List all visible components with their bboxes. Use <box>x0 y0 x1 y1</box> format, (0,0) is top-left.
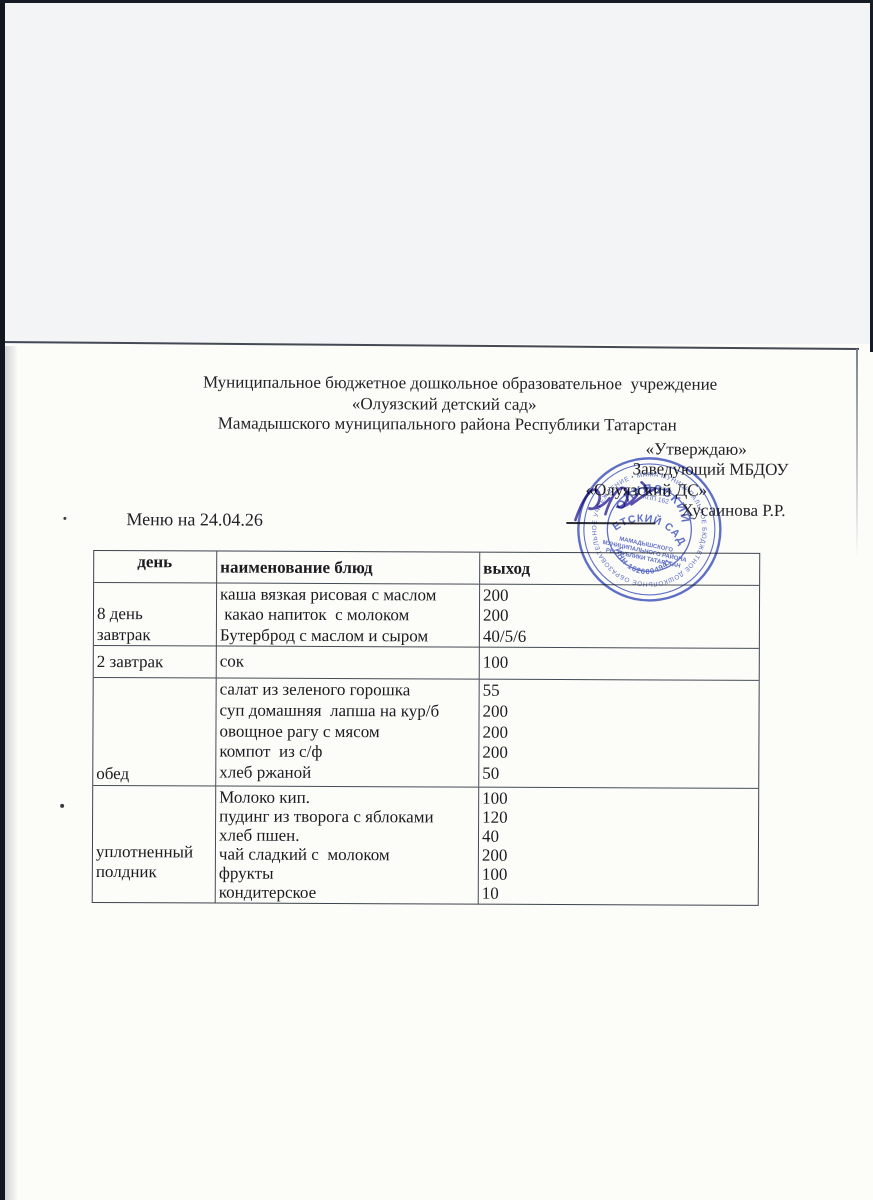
dish-name: пудинг из творога с яблоками <box>219 807 474 827</box>
dish-name: какао напиток с молоком <box>220 605 475 627</box>
day-label: обед <box>96 764 211 785</box>
dish-output: 200 <box>483 701 752 723</box>
dish-output: 200 <box>482 722 751 744</box>
dish-name: суп домашняя лапша на кур/б <box>220 700 475 722</box>
org-name-line2: «Олуязский детский сад» <box>352 394 537 415</box>
dish-name: овощное рагу с мясом <box>219 721 474 743</box>
scan-speck <box>60 804 64 808</box>
menu-title: Меню на 24.04.26 <box>126 509 263 531</box>
dish-name: салат из зеленого горошка <box>220 680 475 702</box>
day-label: полдник <box>96 862 211 883</box>
day-label: 8 день <box>97 604 212 625</box>
dish-name: хлеб ржаной <box>219 763 474 785</box>
scan-speck <box>63 517 66 520</box>
dish-output: 55 <box>483 681 752 703</box>
table-row-snack: уплотненный полдник Молоко кип. пудинг и… <box>93 785 759 905</box>
dish-name: Бутерброд с маслом и сыром <box>220 625 475 647</box>
dish-output: 10 <box>482 884 751 904</box>
dish-output: 100 <box>482 865 751 885</box>
dish-output: 100 <box>482 789 751 809</box>
dish-output: 120 <box>482 808 751 828</box>
dish-name: чай сладкий с молоком <box>219 845 474 865</box>
day-label: 2 завтрак <box>97 648 212 676</box>
dish-output: 100 <box>483 649 752 677</box>
table-row-second-breakfast: 2 завтрак сок 100 <box>94 645 759 680</box>
dish-name: сок <box>220 648 475 676</box>
day-label: завтрак <box>97 625 212 646</box>
header-day: день <box>94 551 217 583</box>
table-row-lunch: обед салат из зеленого горошка суп домаш… <box>93 677 758 788</box>
dish-name: фрукты <box>219 864 474 884</box>
scanned-menu-document: Муниципальное бюджетное дошкольное образ… <box>0 0 873 1200</box>
header-dishes: наименование блюд <box>217 552 480 584</box>
dish-name: кондитерское <box>219 883 474 903</box>
document-content: Муниципальное бюджетное дошкольное образ… <box>0 0 873 1200</box>
dish-output: 200 <box>482 846 751 866</box>
org-name-line1: Муниципальное бюджетное дошкольное образ… <box>203 372 717 394</box>
dish-name: компот из с/ф <box>219 742 474 764</box>
org-name-line3: Мамадышского муниципального района Респу… <box>218 414 677 436</box>
dish-output: 40 <box>482 827 751 847</box>
day-label: уплотненный <box>96 842 211 863</box>
dish-output: 200 <box>482 743 751 765</box>
dish-name: Молоко кип. <box>219 788 474 808</box>
handwritten-signature <box>567 470 682 533</box>
dish-output: 40/5/6 <box>483 626 752 648</box>
dish-name: хлеб пшен. <box>219 826 474 846</box>
dish-output: 50 <box>482 764 751 786</box>
dish-name: каша вязкая рисовая с маслом <box>220 585 475 607</box>
